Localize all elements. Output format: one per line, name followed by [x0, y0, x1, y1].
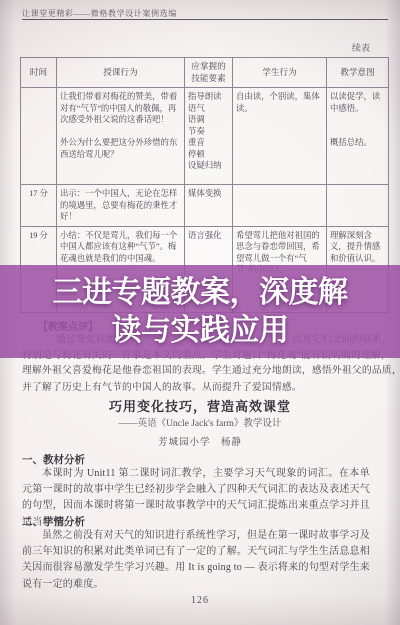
cell-behavior: 出示：一个中国人，无论在怎样的境遇里，总要有梅花的秉性才好！: [57, 185, 185, 227]
running-header: 让课堂更精彩——微格教学设计案例选编: [22, 8, 177, 19]
caption-banner-overlay: 三进专题教案，深度解 读与实践应用: [0, 265, 400, 358]
cell-skills: 指导朗读 语气 语调 节奏 重音 停顿 设疑归纳: [185, 88, 233, 185]
cell-intent: [327, 185, 389, 227]
cell-time: 17 分: [21, 185, 57, 227]
book-page-photo: 让课堂更精彩——微格教学设计案例选编 续表 时间 授课行为 应掌握的 技能要素 …: [0, 0, 400, 625]
caption-line-1: 三进专题教案，深度解: [53, 274, 348, 312]
col-header-intent: 教学意图: [327, 58, 389, 88]
table-row: 让我们带着对梅花的赞美，带着对有“气节”的中国人的敬佩，再次感受外祖父说的这番话…: [21, 88, 389, 185]
review-line: 理解外祖父喜爱梅花是他眷恋祖国的表现。学生通过充分地朗读，感悟外祖父的品质，: [22, 362, 400, 376]
cell-students: [233, 185, 327, 227]
table-continued-label: 续表: [352, 41, 370, 54]
caption-line-2: 读与实践应用: [112, 312, 289, 350]
article-author: 芳城园小学 杨静: [0, 434, 400, 448]
page-number: 126: [0, 595, 400, 606]
article-subtitle: ——英语《Uncle Jack's farm》教学设计: [0, 415, 400, 429]
cell-students: 自由读，个别读，集体读。: [233, 88, 327, 185]
review-line: 并了解了历史上有气节的中国人的故事。从而提升了爱国情感。: [22, 379, 302, 393]
section-heading-material-analysis: 一、教材分析: [22, 452, 85, 467]
cell-intent: 以读促学，读中感悟。 概括总结。: [327, 88, 389, 185]
article-title: 巧用变化技巧，营造高效课堂: [0, 396, 400, 415]
header-rule: [22, 19, 388, 20]
section-heading-learner-analysis: 二、学情分析: [22, 514, 85, 529]
table-header-row: 时间 授课行为 应掌握的 技能要素 学生行为 教学意图: [21, 58, 389, 88]
col-header-skills: 应掌握的 技能要素: [185, 58, 233, 88]
cell-behavior: 让我们带着对梅花的赞美，带着对有“气节”的中国人的敬佩，再次感受外祖父说的这番话…: [57, 88, 185, 185]
col-header-time: 时间: [21, 58, 57, 88]
cell-time: [21, 88, 57, 185]
col-header-behavior: 授课行为: [57, 58, 185, 88]
col-header-students: 学生行为: [233, 58, 327, 88]
section-body-learner-analysis: 虽然之前没有对天气的知识进行系统性学习，但是在第一课时故事学习及前三年知识的积累…: [22, 528, 370, 593]
cell-skills: 媒体变换: [185, 185, 233, 227]
table-row: 17 分 出示：一个中国人，无论在怎样的境遇里，总要有梅花的秉性才好！ 媒体变换: [21, 185, 389, 227]
